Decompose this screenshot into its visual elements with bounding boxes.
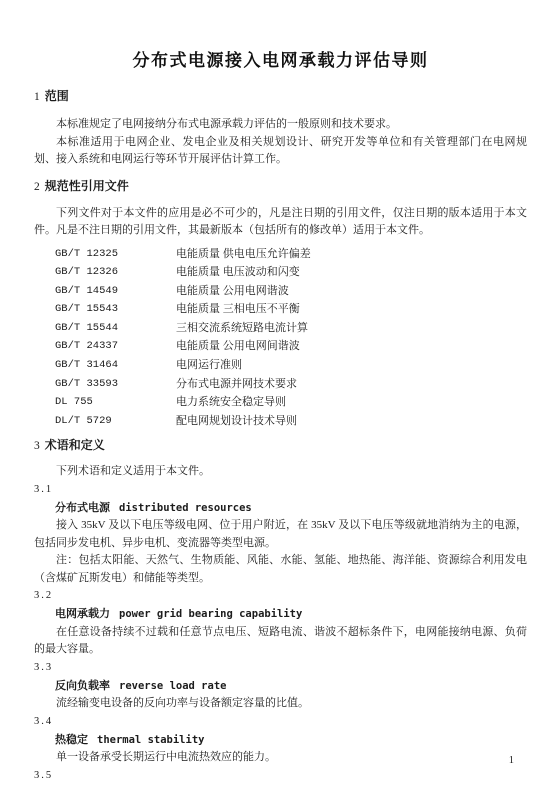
- section-2-number: 2: [34, 181, 40, 193]
- reference-code: GB/T 12325: [55, 245, 176, 264]
- section-3-heading: 3术语和定义: [34, 438, 527, 454]
- section-3-number: 3: [34, 440, 40, 452]
- term-name-chinese: 热稳定: [55, 734, 88, 746]
- reference-title: 电能质量 供电电压允许偏差: [176, 245, 527, 264]
- term-block-3-5: 3.5: [34, 767, 527, 784]
- term-name-line: 热稳定thermal stability: [34, 730, 527, 750]
- term-number: 3.4: [34, 713, 527, 730]
- term-block-3-3: 3.3 反向负载率reverse load rate 流经输变电设备的反向功率与…: [34, 659, 527, 713]
- term-note: 注：包括太阳能、天然气、生物质能、风能、水能、氢能、地热能、海洋能、资源综合利用…: [34, 552, 527, 587]
- section-1-paragraph-2: 本标准适用于电网企业、发电企业及相关规划设计、研究开发等单位和有关管理部门在电网…: [34, 134, 527, 169]
- term-name-chinese: 反向负载率: [55, 680, 110, 692]
- term-definition: 单一设备承受长期运行中电流热效应的能力。: [34, 749, 527, 767]
- term-definition: 接入 35kV 及以下电压等级电网、位于用户附近，在 35kV 及以下电压等级就…: [34, 517, 527, 552]
- term-name-line: 电网承载力power grid bearing capability: [34, 604, 527, 624]
- reference-title: 电能质量 公用电网间谐波: [176, 337, 527, 356]
- reference-code: GB/T 15543: [55, 300, 176, 319]
- term-name-english: reverse load rate: [119, 680, 226, 692]
- term-block-3-2: 3.2 电网承载力power grid bearing capability 在…: [34, 587, 527, 659]
- reference-row: DL 755电力系统安全稳定导则: [34, 393, 527, 412]
- reference-code: DL 755: [55, 393, 176, 412]
- term-name-english: thermal stability: [97, 734, 204, 746]
- section-1-number: 1: [34, 91, 40, 103]
- term-number: 3.3: [34, 659, 527, 676]
- term-block-3-4: 3.4 热稳定thermal stability 单一设备承受长期运行中电流热效…: [34, 713, 527, 767]
- reference-title: 电网运行准则: [176, 356, 527, 375]
- term-definition: 流经输变电设备的反向功率与设备额定容量的比值。: [34, 695, 527, 713]
- reference-row: GB/T 15543电能质量 三相电压不平衡: [34, 300, 527, 319]
- term-name-english: distributed resources: [119, 502, 252, 514]
- reference-code: GB/T 14549: [55, 282, 176, 301]
- reference-title: 电能质量 三相电压不平衡: [176, 300, 527, 319]
- document-page: 分布式电源接入电网承载力评估导则 1范围 本标准规定了电网接纳分布式电源承载力评…: [0, 0, 560, 786]
- reference-row: GB/T 33593分布式电源并网技术要求: [34, 375, 527, 394]
- reference-title: 电能质量 公用电网谐波: [176, 282, 527, 301]
- term-name-chinese: 电网承载力: [55, 608, 110, 620]
- term-name-chinese: 分布式电源: [55, 502, 110, 514]
- reference-title: 分布式电源并网技术要求: [176, 375, 527, 394]
- normative-references-list: GB/T 12325电能质量 供电电压允许偏差 GB/T 12326电能质量 电…: [34, 245, 527, 431]
- reference-title: 电能质量 电压波动和闪变: [176, 263, 527, 282]
- reference-code: GB/T 12326: [55, 263, 176, 282]
- reference-code: GB/T 33593: [55, 375, 176, 394]
- reference-row: GB/T 14549电能质量 公用电网谐波: [34, 282, 527, 301]
- reference-row: GB/T 24337电能质量 公用电网间谐波: [34, 337, 527, 356]
- page-number: 1: [509, 755, 514, 766]
- section-2-heading: 2规范性引用文件: [34, 179, 527, 195]
- reference-row: GB/T 12325电能质量 供电电压允许偏差: [34, 245, 527, 264]
- reference-code: DL/T 5729: [55, 412, 176, 431]
- document-title: 分布式电源接入电网承载力评估导则: [34, 46, 527, 71]
- reference-row: DL/T 5729配电网规划设计技术导则: [34, 412, 527, 431]
- reference-code: GB/T 24337: [55, 337, 176, 356]
- section-3-title: 术语和定义: [45, 438, 105, 452]
- reference-title: 配电网规划设计技术导则: [176, 412, 527, 431]
- term-name-line: 分布式电源distributed resources: [34, 498, 527, 518]
- term-name-line: 反向负载率reverse load rate: [34, 676, 527, 696]
- section-1-heading: 1范围: [34, 89, 527, 105]
- term-number: 3.5: [34, 767, 527, 784]
- reference-code: GB/T 31464: [55, 356, 176, 375]
- section-1-paragraph-1: 本标准规定了电网接纳分布式电源承载力评估的一般原则和技术要求。: [34, 116, 527, 134]
- term-name-english: power grid bearing capability: [119, 608, 302, 620]
- section-3-intro: 下列术语和定义适用于本文件。: [34, 463, 527, 481]
- term-number: 3.1: [34, 481, 527, 498]
- term-definition: 在任意设备持续不过载和任意节点电压、短路电流、谐波不超标条件下，电网能接纳电源、…: [34, 624, 527, 659]
- reference-title: 电力系统安全稳定导则: [176, 393, 527, 412]
- reference-row: GB/T 15544三相交流系统短路电流计算: [34, 319, 527, 338]
- section-2-title: 规范性引用文件: [45, 179, 129, 193]
- section-1-title: 范围: [45, 89, 69, 103]
- reference-row: GB/T 12326电能质量 电压波动和闪变: [34, 263, 527, 282]
- reference-row: GB/T 31464电网运行准则: [34, 356, 527, 375]
- reference-code: GB/T 15544: [55, 319, 176, 338]
- document-content: 分布式电源接入电网承载力评估导则 1范围 本标准规定了电网接纳分布式电源承载力评…: [0, 46, 560, 784]
- term-number: 3.2: [34, 587, 527, 604]
- term-block-3-1: 3.1 分布式电源distributed resources 接入 35kV 及…: [34, 481, 527, 588]
- reference-title: 三相交流系统短路电流计算: [176, 319, 527, 338]
- section-2-paragraph-1: 下列文件对于本文件的应用是必不可少的，凡是注日期的引用文件，仅注日期的版本适用于…: [34, 205, 527, 240]
